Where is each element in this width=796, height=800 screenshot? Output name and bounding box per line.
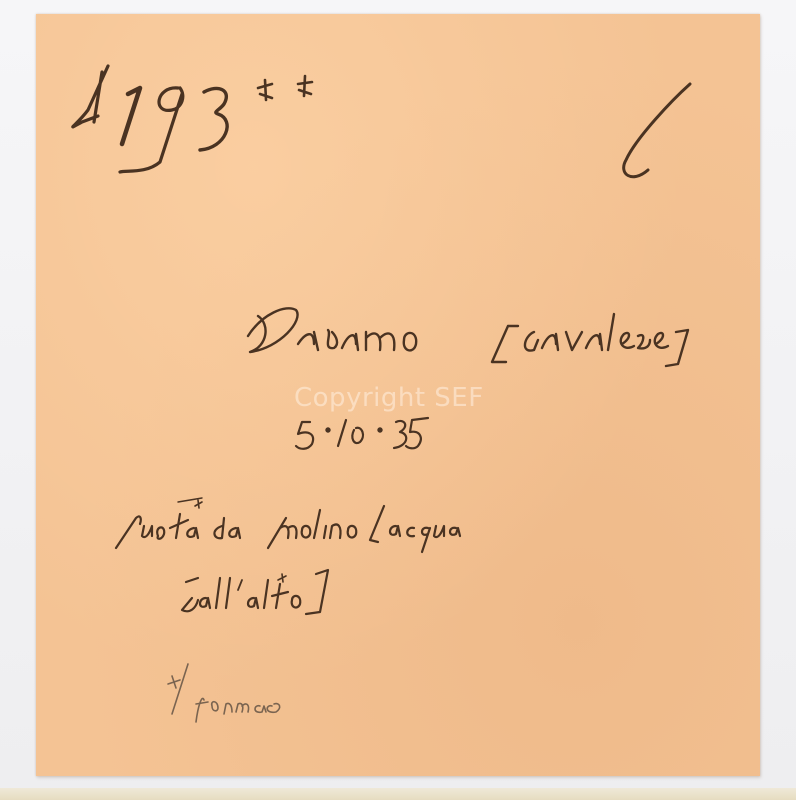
classification-letter: C [621, 84, 674, 175]
backing-strip [0, 788, 796, 800]
archival-card: Copyright SEF 4193 ** C Daiano [Cavalese… [36, 14, 760, 776]
description-line-2: dall'alto] [180, 570, 306, 608]
place-name: Daiano [246, 310, 366, 357]
footnote: */ forma [166, 668, 255, 698]
place-region: [Cavalese] [488, 310, 666, 357]
scanned-document: Copyright SEF 4193 ** C Daiano [Cavalese… [0, 0, 796, 800]
date: 5·10·35 [294, 414, 390, 451]
description-line-1: ruota da molino [acqua [116, 506, 440, 544]
copyright-watermark: Copyright SEF [294, 383, 484, 413]
catalogue-number: 4193 [76, 74, 196, 143]
catalogue-marks: ** [256, 72, 286, 106]
